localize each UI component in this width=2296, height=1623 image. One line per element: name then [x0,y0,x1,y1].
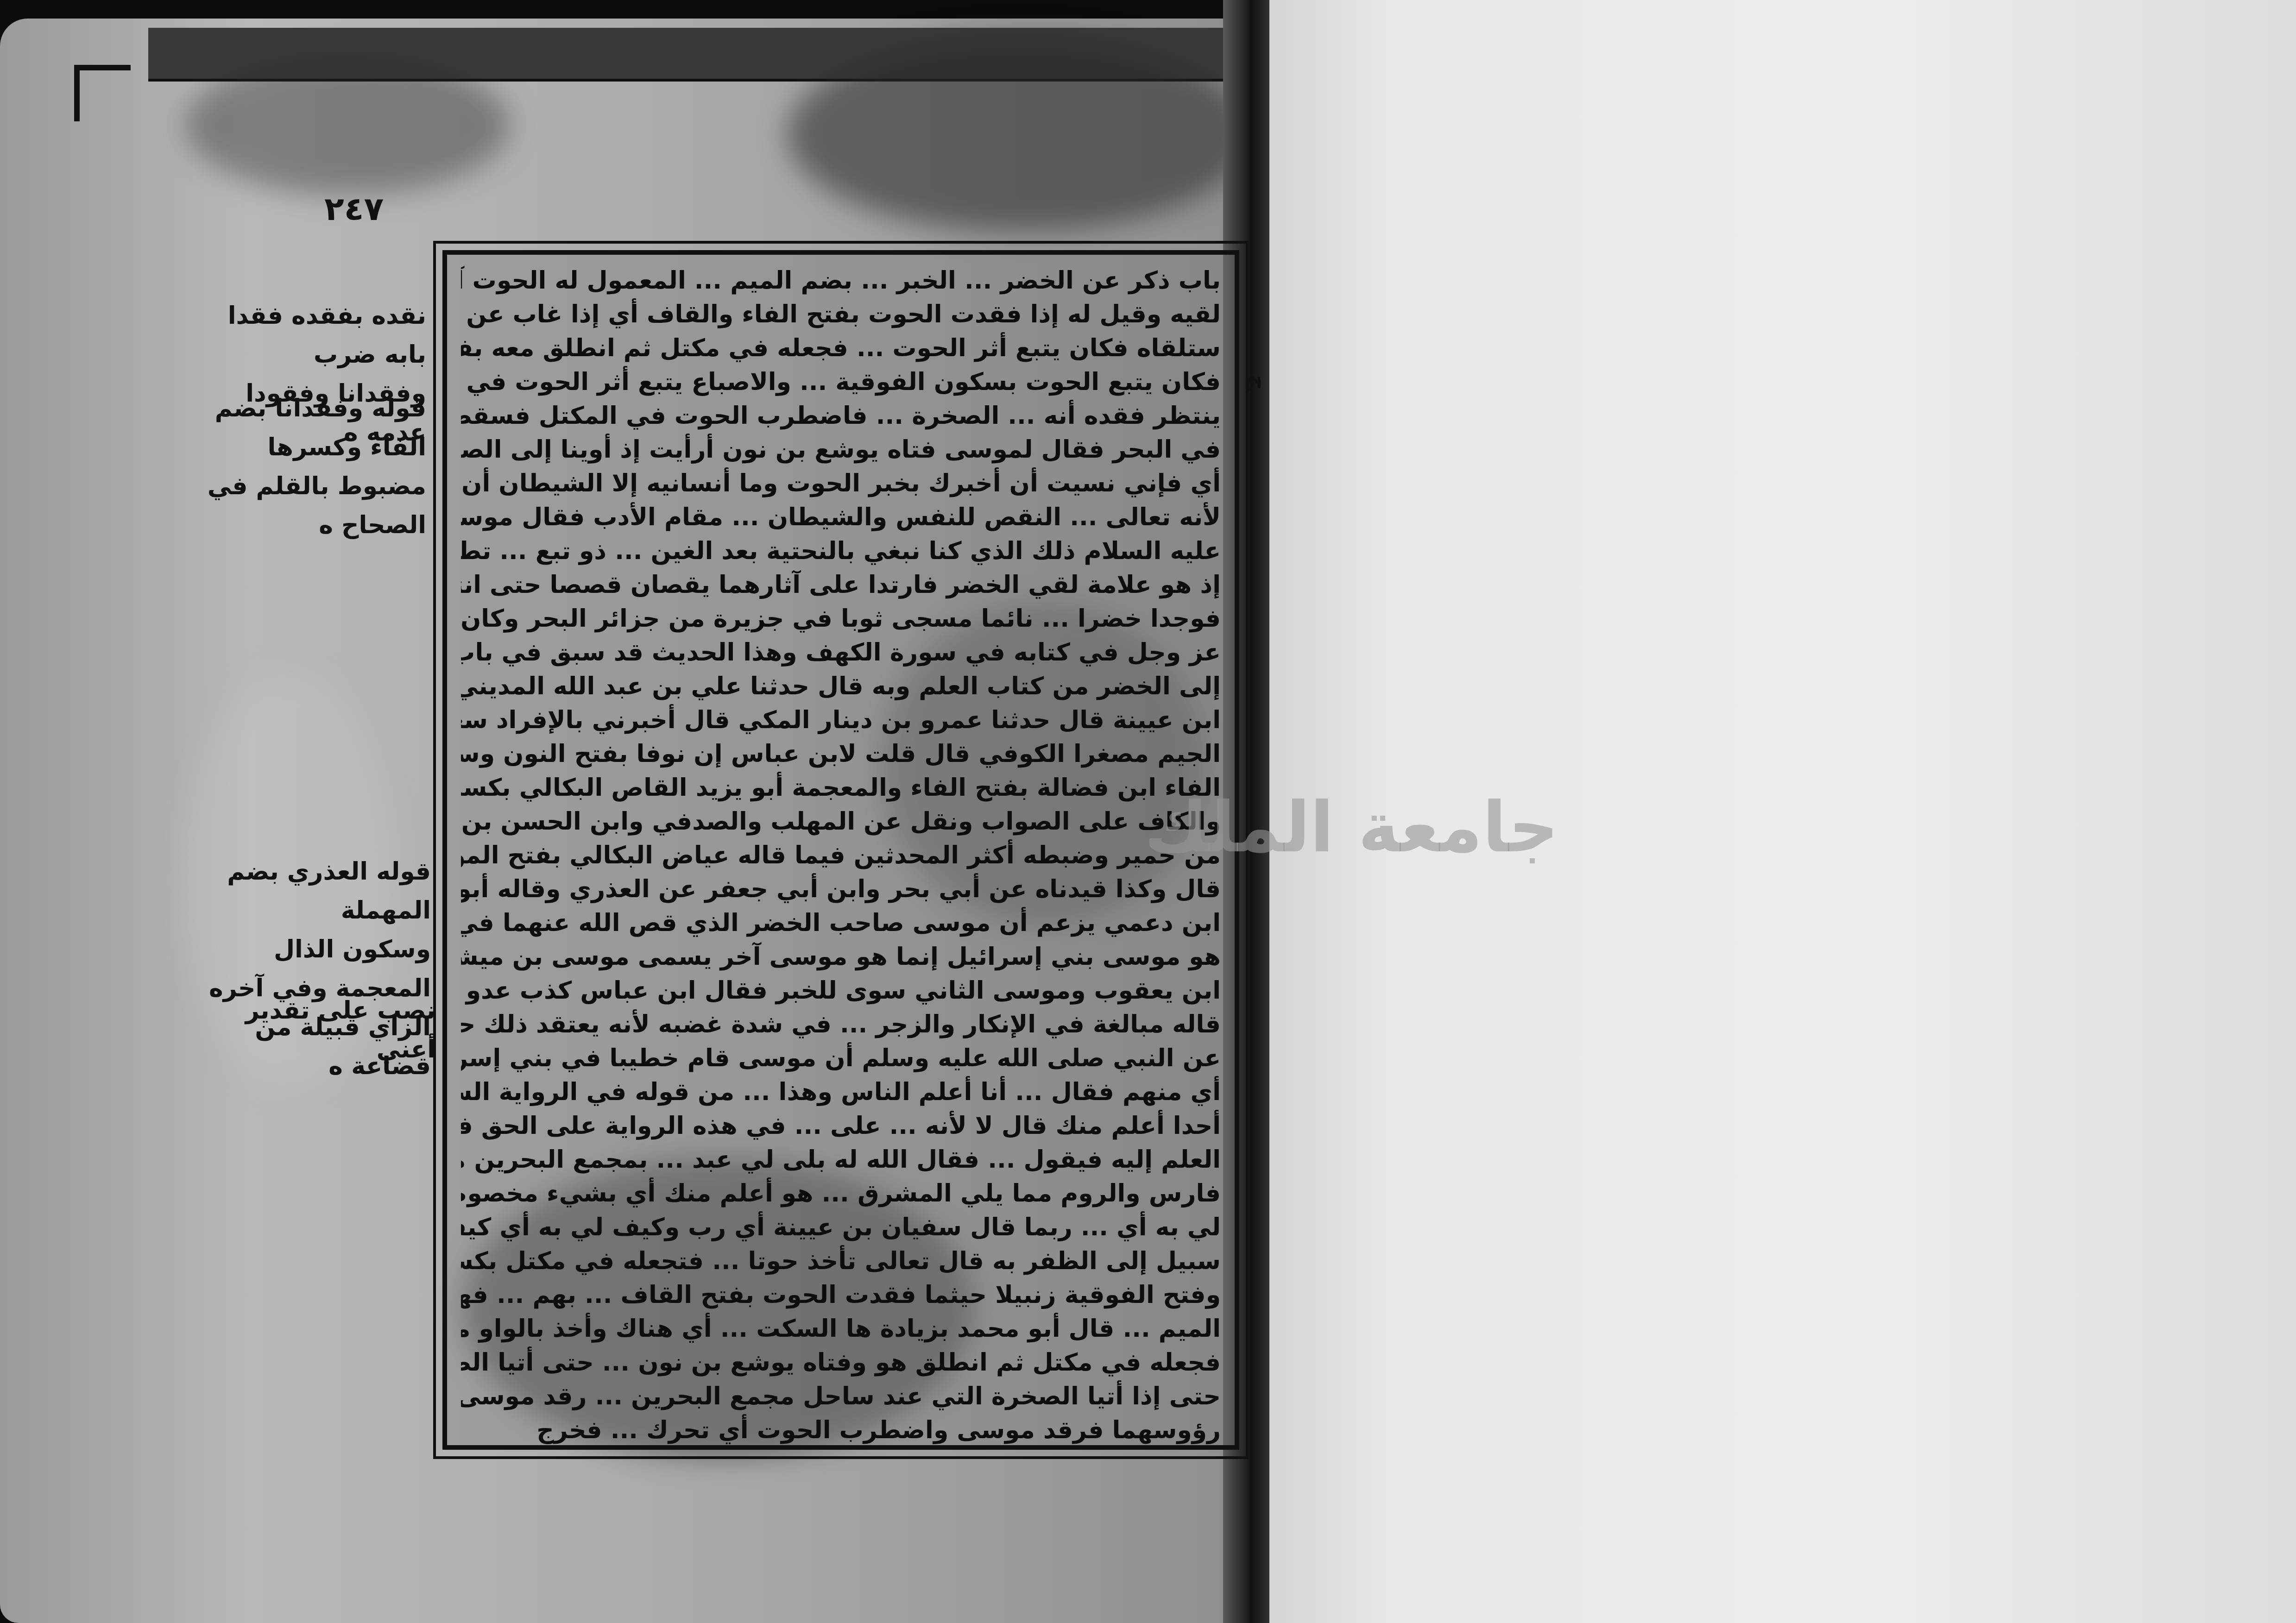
manuscript-line: سبيل إلى الظفر به قال تعالى تأخذ حوتا ..… [461,1245,1221,1278]
margin-note-line: قوله العذري بضم المهملة [199,852,431,930]
margin-note-line: نقده بفقده فقدا بابه ضرب [195,296,426,374]
manuscript-line: فارس والروم مما يلي المشرق ... هو أعلم م… [461,1177,1221,1211]
manuscript-line: رؤوسهما فرقد موسى واضطرب الحوت أي تحرك .… [461,1414,1221,1447]
library-watermark: جامعة الملك [1144,787,1558,868]
manuscript-line: قال وكذا قيدناه عن أبي بحر وابن أبي جعفر… [461,873,1221,906]
manuscript-line: حتى إذا أتيا الصخرة التي عند ساحل مجمع ا… [461,1380,1221,1414]
manuscript-line: باب ذكر عن الخضر ... الخبر ... بضم الميم… [461,264,1221,298]
manuscript-line: ينتظر فقده أنه ... الصخرة ... فاضطرب الح… [461,399,1221,433]
margin-note-2: قوله وفقدانا بضم الفاء وكسرها مضبوط بالق… [195,389,426,545]
manuscript-line: فكان يتبع الحوت بسكون الفوقية ... والاصب… [461,365,1221,399]
manuscript-line: ابن يعقوب وموسى الثاني سوى للخبر فقال اب… [461,974,1221,1008]
manuscript-line: الميم ... قال أبو محمد بزيادة ها السكت .… [461,1312,1221,1346]
manuscript-line: هو موسى بني إسرائيل إنما هو موسى آخر يسم… [461,940,1221,974]
manuscript-line: في البحر فقال لموسى فتاه يوشع بن نون أرأ… [461,433,1221,467]
manuscript-line: فجعله في مكتل ثم انطلق هو وفتاه يوشع بن … [461,1346,1221,1380]
page-number: ٢٤٧ [324,190,384,228]
manuscript-line: ستلقاه فكان يتبع أثر الحوت ... فجعله في … [461,332,1221,365]
main-text-body: باب ذكر عن الخضر ... الخبر ... بضم الميم… [461,264,1221,1447]
margin-note-line: نصب على تقدير أعني [241,991,435,1069]
manuscript-line: لقيه وقيل له إذا فقدت الحوت بفتح الفاء و… [461,298,1221,332]
manuscript-line: ابن عيينة قال حدثنا عمرو بن دينار المكي … [461,704,1221,737]
manuscript-line: والكاف على الصواب ونقل عن المهلب والصدفي… [461,805,1221,839]
manuscript-line: العلم إليه فيقول ... فقال الله له بلى لي… [461,1143,1221,1177]
manuscript-line: الجيم مصغرا الكوفي قال قلت لابن عباس إن … [461,737,1221,771]
right-edge-note: ج [1246,375,1271,390]
water-stain [788,37,1251,232]
manuscript-line: إذ هو علامة لقي الخضر فارتدا على آثارهما… [461,568,1221,602]
main-text-frame: باب ذكر عن الخضر ... الخبر ... بضم الميم… [442,250,1239,1450]
manuscript-line: أحدا أعلم منك قال لا لأنه ... على ... في… [461,1109,1221,1143]
manuscript-line: إلى الخضر من كتاب العلم وبه قال حدثنا عل… [461,670,1221,704]
manuscript-line: قاله مبالغة في الإنكار والزجر ... في شدة… [461,1008,1221,1042]
manuscript-line: ابن دعمي يزعم أن موسى صاحب الخضر الذي قص… [461,906,1221,940]
manuscript-line: لي به أي ... ربما قال سفيان بن عيينة أي … [461,1211,1221,1245]
corner-bracket-mark [74,65,131,121]
manuscript-line: عن النبي صلى الله عليه وسلم أن موسى قام … [461,1042,1221,1076]
manuscript-line: وفتح الفوقية زنبيلا حيثما فقدت الحوت بفت… [461,1278,1221,1312]
margin-note-line: مضبوط بالقلم في الصحاح ه [195,467,426,545]
water-stain [185,56,510,195]
manuscript-line: لأنه تعالى ... النقص للنفس والشيطان ... … [461,501,1221,535]
manuscript-line: عز وجل في كتابه في سورة الكهف وهذا الحدي… [461,636,1221,670]
manuscript-line: أي منهم فقال ... أنا أعلم الناس وهذا ...… [461,1076,1221,1109]
margin-note-4: نصب على تقدير أعني [241,991,435,1069]
manuscript-line: أي فإني نسيت أن أخبرك بخبر الحوت وما أنس… [461,467,1221,501]
manuscript-line: الفاء ابن فضالة بفتح الفاء والمعجمة أبو … [461,771,1221,805]
manuscript-line: عليه السلام ذلك الذي كنا نبغي بالنحتية ب… [461,535,1221,568]
manuscript-line: فوجدا خضرا ... نائما مسجى ثوبا في جزيرة … [461,602,1221,636]
margin-note-line: قوله وفقدانا بضم الفاء وكسرها [195,389,426,467]
manuscript-line: من حمير وضبطه أكثر المحدثين فيما قاله عي… [461,839,1221,873]
